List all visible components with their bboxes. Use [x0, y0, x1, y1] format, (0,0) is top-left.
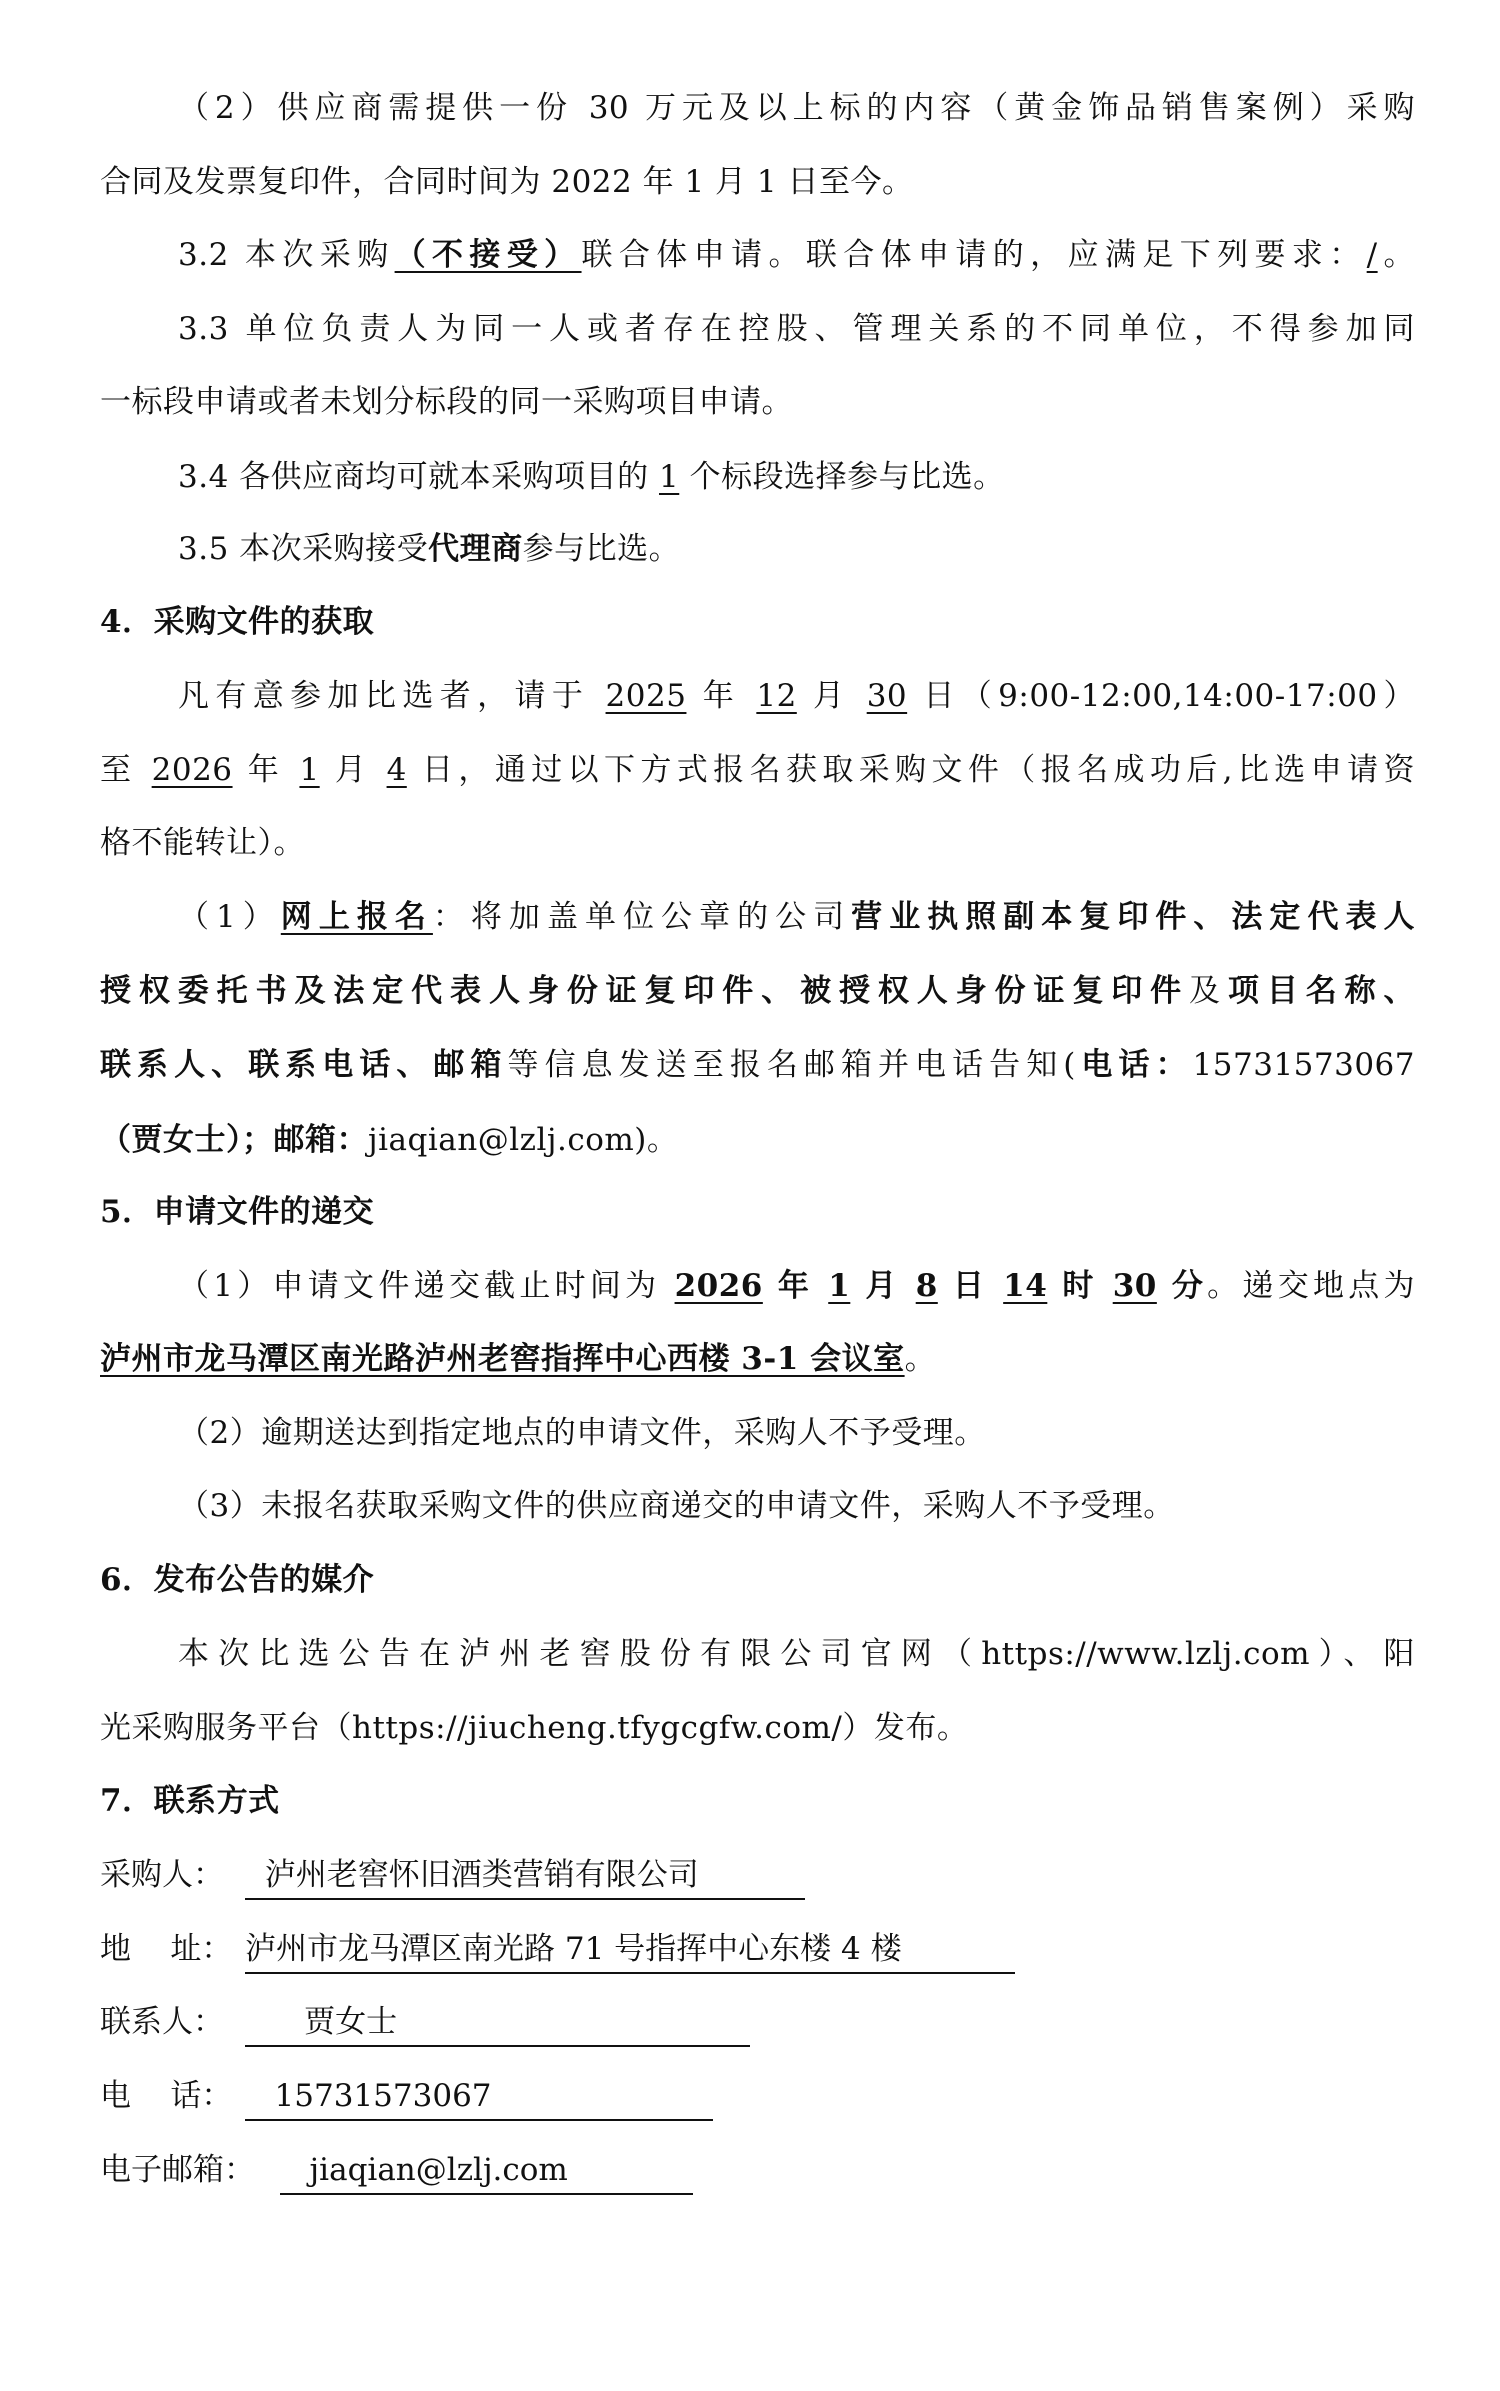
text-run: 15731573067: [1193, 1047, 1415, 1083]
paragraph-line: 3.2 本次采购（不接受）联合体申请。联合体申请的，应满足下列要求：/。: [178, 218, 1415, 292]
text-run: 3.5 本次采购接受: [178, 531, 428, 567]
contact-field: 采购人： 泸州老窖怀旧酒类营销有限公司: [100, 1838, 1400, 1912]
text-run: 至: [100, 752, 152, 788]
paragraph-line: 至 2026 年 1 月 4 日，通过以下方式报名获取采购文件（报名成功后,比选…: [100, 733, 1415, 807]
underlined-text: 30: [867, 678, 907, 714]
underlined-text: （不接受）: [395, 237, 582, 273]
bold-text: 月: [850, 1268, 915, 1304]
contact-label: 联系人：: [100, 1985, 224, 2059]
paragraph-line: 本次比选公告在泸州老窖股份有限公司官网（https://www.lzlj.com…: [178, 1617, 1415, 1691]
text-run: 3.2 本次采购: [178, 237, 395, 273]
paragraph-line: （1）网上报名：将加盖单位公章的公司营业执照副本复印件、法定代表人: [178, 880, 1415, 954]
bold-text: 代理商: [428, 531, 523, 567]
section-heading: 7．联系方式: [100, 1764, 1415, 1838]
text-run: 年: [233, 752, 300, 788]
paragraph-line: 3.3 单位负责人为同一人或者存在控股、管理关系的不同单位，不得参加同: [178, 292, 1415, 366]
contact-label: 地 址：: [100, 1912, 232, 1986]
paragraph-line: 3.4 各供应商均可就本采购项目的 1 个标段选择参与比选。: [178, 440, 1415, 514]
text-run: 日，通过以下方式报名获取采购文件（报名成功后,比选申请资: [407, 752, 1415, 788]
paragraph-line: 3.5 本次采购接受代理商参与比选。: [178, 512, 1415, 586]
underlined-text: 30: [1113, 1268, 1157, 1304]
underlined-text: 4: [387, 752, 407, 788]
paragraph-line: （贾女士）；邮箱：jiaqian@lzlj.com)。: [100, 1103, 1415, 1177]
text-run: 个标段选择参与比选。: [679, 459, 1004, 495]
text-run: （1）: [178, 899, 281, 935]
contact-value: jiaqian@lzlj.com: [280, 2133, 693, 2195]
bold-text: 营业执照副本复印件、法定代表人: [851, 899, 1415, 935]
text-run: （2）逾期送达到指定地点的申请文件，采购人不予受理。: [178, 1415, 986, 1451]
text-run: （1）申请文件递交截止时间为: [178, 1268, 675, 1304]
underlined-text: 12: [756, 678, 796, 714]
underlined-text: 2025: [606, 678, 687, 714]
text-run: 合同及发票复印件，合同时间为 2022 年 1 月 1 日至今。: [100, 164, 913, 200]
text-run: 3.4 各供应商均可就本采购项目的: [178, 459, 659, 495]
bold-text: 项目名称、: [1228, 973, 1415, 1009]
text-run: 。递交地点为: [1207, 1268, 1415, 1304]
contact-label: 采购人：: [100, 1838, 224, 1912]
text-run: 等信息发送至报名邮箱并电话告知(: [508, 1047, 1076, 1083]
contact-field: 电 话： 15731573067: [100, 2059, 1400, 2133]
bold-text: 4．采购文件的获取: [100, 604, 374, 640]
text-run: 一标段申请或者未划分标段的同一采购项目申请。: [100, 384, 793, 420]
text-run: 。: [1378, 237, 1415, 273]
underlined-text: 1: [828, 1268, 850, 1304]
text-run: jiaqian@lzlj.com: [368, 1122, 634, 1158]
document-page: （2）供应商需提供一份 30 万元及以上标的内容（黄金饰品销售案例）采购合同及发…: [0, 0, 1500, 2391]
paragraph-line: 凡有意参加比选者，请于 2025 年 12 月 30 日（9:00-12:00,…: [178, 659, 1415, 733]
underlined-text: 1: [659, 459, 679, 495]
underlined-text: 2026: [675, 1268, 763, 1304]
contact-value: 泸州老窖怀旧酒类营销有限公司: [245, 1838, 805, 1900]
text-run: 日（9:00-12:00,14:00-17:00）: [907, 678, 1415, 714]
bold-text: 日: [938, 1268, 1003, 1304]
text-run: 及: [1189, 973, 1228, 1009]
bold-text: 联系人、联系电话、邮箱: [100, 1047, 508, 1083]
text-run: 3.3 单位负责人为同一人或者存在控股、管理关系的不同单位，不得参加同: [178, 311, 1415, 347]
section-heading: 6．发布公告的媒介: [100, 1543, 1415, 1617]
text-run: )。: [634, 1122, 678, 1158]
bold-text: 电话：: [1076, 1047, 1193, 1083]
bold-text: 7．联系方式: [100, 1783, 280, 1819]
text-run: 凡有意参加比选者，请于: [178, 678, 606, 714]
underlined-text: 网上报名: [281, 899, 433, 935]
text-run: 月: [797, 678, 867, 714]
section-heading: 4．采购文件的获取: [100, 585, 1415, 659]
text-run: ：将加盖单位公章的公司: [433, 899, 851, 935]
bold-text: （贾女士）；邮箱：: [100, 1122, 368, 1158]
contact-field: 地 址：泸州市龙马潭区南光路 71 号指挥中心东楼 4 楼: [100, 1912, 1400, 1986]
contact-field: 联系人： 贾女士: [100, 1985, 1400, 2059]
paragraph-line: 一标段申请或者未划分标段的同一采购项目申请。: [100, 365, 1415, 439]
text-run: 联合体申请。联合体申请的，应满足下列要求：: [582, 237, 1367, 273]
text-run: （3）未报名获取采购文件的供应商递交的申请文件，采购人不予受理。: [178, 1488, 1175, 1524]
contact-label: 电 话：: [100, 2059, 232, 2133]
text-run: 本次比选公告在泸州老窖股份有限公司官网（https://www.lzlj.com…: [178, 1636, 1415, 1672]
bold-text: 分: [1157, 1268, 1207, 1304]
underlined-text: 2026: [152, 752, 233, 788]
section-heading: 5．申请文件的递交: [100, 1175, 1415, 1249]
contact-value: 泸州市龙马潭区南光路 71 号指挥中心东楼 4 楼: [245, 1912, 1015, 1974]
bold-text: 授权委托书及法定代表人身份证复印件、被授权人身份证复印件: [100, 973, 1189, 1009]
text-run: 年: [686, 678, 756, 714]
underlined-text: 泸州市龙马潭区南光路泸州老窖指挥中心西楼 3-1 会议室: [100, 1341, 905, 1377]
contact-label: 电子邮箱：: [100, 2133, 255, 2207]
text-run: 格不能转让）。: [100, 825, 305, 861]
text-run: 。: [905, 1341, 937, 1377]
paragraph-line: 泸州市龙马潭区南光路泸州老窖指挥中心西楼 3-1 会议室。: [100, 1322, 1415, 1396]
paragraph-line: （2）供应商需提供一份 30 万元及以上标的内容（黄金饰品销售案例）采购: [178, 71, 1415, 145]
contact-field: 电子邮箱： jiaqian@lzlj.com: [100, 2133, 1400, 2207]
paragraph-line: （1）申请文件递交截止时间为 2026 年 1 月 8 日 14 时 30 分。…: [178, 1249, 1415, 1323]
paragraph-line: （2）逾期送达到指定地点的申请文件，采购人不予受理。: [178, 1396, 1415, 1470]
paragraph-line: 格不能转让）。: [100, 806, 1415, 880]
text-run: （2）供应商需提供一份 30 万元及以上标的内容（黄金饰品销售案例）采购: [178, 90, 1415, 126]
underlined-text: 14: [1003, 1268, 1047, 1304]
underlined-text: 1: [299, 752, 319, 788]
underlined-text: /: [1367, 237, 1378, 273]
paragraph-line: 光采购服务平台（https://jiucheng.tfygcgfw.com/）发…: [100, 1691, 1415, 1765]
paragraph-line: （3）未报名获取采购文件的供应商递交的申请文件，采购人不予受理。: [178, 1469, 1415, 1543]
bold-text: 5．申请文件的递交: [100, 1194, 374, 1230]
contact-value: 贾女士: [245, 1985, 750, 2047]
underlined-text: 8: [916, 1268, 938, 1304]
paragraph-line: 授权委托书及法定代表人身份证复印件、被授权人身份证复印件及项目名称、: [100, 954, 1415, 1028]
paragraph-line: 合同及发票复印件，合同时间为 2022 年 1 月 1 日至今。: [100, 145, 1415, 219]
bold-text: 年: [763, 1268, 828, 1304]
bold-text: 时: [1047, 1268, 1112, 1304]
text-run: 参与比选。: [523, 531, 681, 567]
contact-value: 15731573067: [245, 2059, 713, 2121]
paragraph-line: 联系人、联系电话、邮箱等信息发送至报名邮箱并电话告知(电话：1573157306…: [100, 1028, 1415, 1102]
bold-text: 6．发布公告的媒介: [100, 1562, 374, 1598]
text-run: 月: [320, 752, 387, 788]
text-run: 光采购服务平台（https://jiucheng.tfygcgfw.com/）发…: [100, 1710, 968, 1746]
